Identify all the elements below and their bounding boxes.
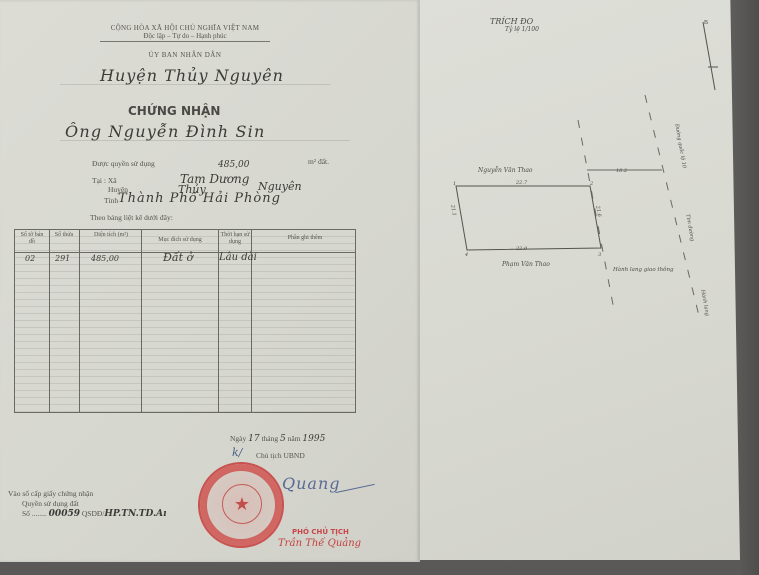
province-label: Tỉnh: [104, 196, 118, 205]
cell-map-sheet: 02: [25, 254, 35, 263]
header-usage-purpose: Mục đích sử dụng: [143, 237, 217, 244]
committee-label: ỦY BAN NHÂN DÂN: [95, 51, 275, 59]
cell-parcel-no: 291: [55, 254, 70, 263]
month-label: tháng: [261, 434, 278, 443]
road-label-3: Hành lang: [699, 288, 711, 316]
south-neighbor: Phạm Văn Thao: [501, 261, 550, 268]
official-seal: ★: [198, 462, 284, 548]
suffix-label: QSDĐ/: [82, 509, 105, 518]
chairman-title: Chủ tịch UBND: [256, 451, 305, 460]
suffix-value: HP.TN.TD.Aı: [104, 509, 166, 519]
left-edge-length: 21.1: [449, 203, 457, 216]
date-prefix: Ngày: [230, 434, 246, 443]
commune-label: Tại : Xã: [92, 176, 117, 185]
header-usage-term: Thời hạn sử dụng: [220, 232, 250, 246]
issuing-district: Huyện Thủy Nguyên: [100, 66, 284, 85]
signing-date: Ngày 17 tháng 5 năm 1995: [230, 434, 325, 444]
area-value: 485,00: [218, 160, 250, 170]
parcel-outline: [456, 186, 601, 250]
road-offset-value: 18.2: [616, 168, 627, 174]
republic-header: CỘNG HÒA XÃ HỘI CHỦ NGHĨA VIỆT NAM: [95, 24, 275, 32]
north-arrow-line: [703, 22, 715, 90]
column-divider: [141, 230, 142, 412]
column-divider: [79, 230, 80, 412]
owner-name: Ông Nguyễn Đình Sin: [65, 122, 265, 141]
certificate-left-page: CỘNG HÒA XÃ HỘI CHỦ NGHĨA VIỆT NAM Độc l…: [0, 0, 420, 562]
road-label-2: Tim đường: [684, 214, 696, 242]
national-emblem-icon: ★: [222, 484, 262, 524]
authorization-mark: k/: [232, 446, 242, 459]
number-label: Số ........: [22, 509, 47, 518]
header-notes: Phần ghi thêm: [255, 235, 355, 242]
header-map-sheet: Số tờ bản đồ: [17, 232, 47, 246]
top-edge-length: 22.7: [515, 180, 528, 186]
header-divider: [100, 41, 270, 42]
area-unit: m² đất.: [308, 157, 329, 166]
national-motto: Độc lập – Tự do – Hạnh phúc: [95, 32, 275, 40]
header-parcel-no: Số thửa: [51, 232, 77, 239]
registration-number: Số ........ 00059 QSDĐ/HP.TN.TD.Aı: [22, 509, 167, 519]
corner-4: 4: [464, 252, 468, 258]
number-value: 00059: [49, 509, 80, 519]
date-month: 5: [280, 434, 286, 444]
corner-2: 2: [589, 181, 593, 187]
province-value: Thành Phố Hải Phòng: [118, 191, 281, 206]
cell-usage-term: Lâu dài: [219, 252, 257, 263]
bottom-edge-length: 22.0: [515, 246, 528, 252]
parcel-table: Số tờ bản đồ Số thửa Diện tích (m²) Mục …: [14, 229, 356, 413]
corner-3: 3: [598, 252, 601, 258]
north-neighbor: Nguyễn Văn Thao: [477, 167, 533, 174]
area-label: Được quyền sử dụng: [92, 159, 155, 168]
list-intro: Theo bảng liệt kê dưới đây:: [90, 213, 173, 222]
header-area: Diện tích (m²): [83, 232, 139, 239]
cell-area: 485,00: [91, 254, 119, 263]
year-label: năm: [288, 434, 301, 443]
east-road-label: Hành lang giao thông: [612, 266, 674, 273]
cell-usage-purpose: Đất ở: [163, 251, 193, 264]
date-day: 17: [248, 434, 259, 444]
parcel-sketch: Nguyễn Văn Thao 22.7 22.0 21.1 21.6 1 2 …: [420, 0, 740, 560]
column-divider: [49, 230, 50, 412]
vice-chairman-name: Trần Thế Quảng: [278, 538, 361, 549]
vice-chairman-title: PHÓ CHỦ TỊCH: [292, 528, 349, 536]
signature-stroke: [335, 484, 374, 493]
corner-1: 1: [453, 181, 456, 187]
registration-line-1: Vào sổ cấp giấy chứng nhận: [8, 489, 93, 498]
road-label-1: Đường quốc lộ 10: [673, 122, 688, 169]
road-centerline: [645, 95, 700, 320]
chairman-signature: Quang: [282, 474, 341, 493]
registration-line-2: Quyền sử dụng đất: [22, 499, 79, 508]
certificate-title: CHỨNG NHẬN: [128, 104, 220, 118]
date-year: 1995: [302, 434, 325, 444]
